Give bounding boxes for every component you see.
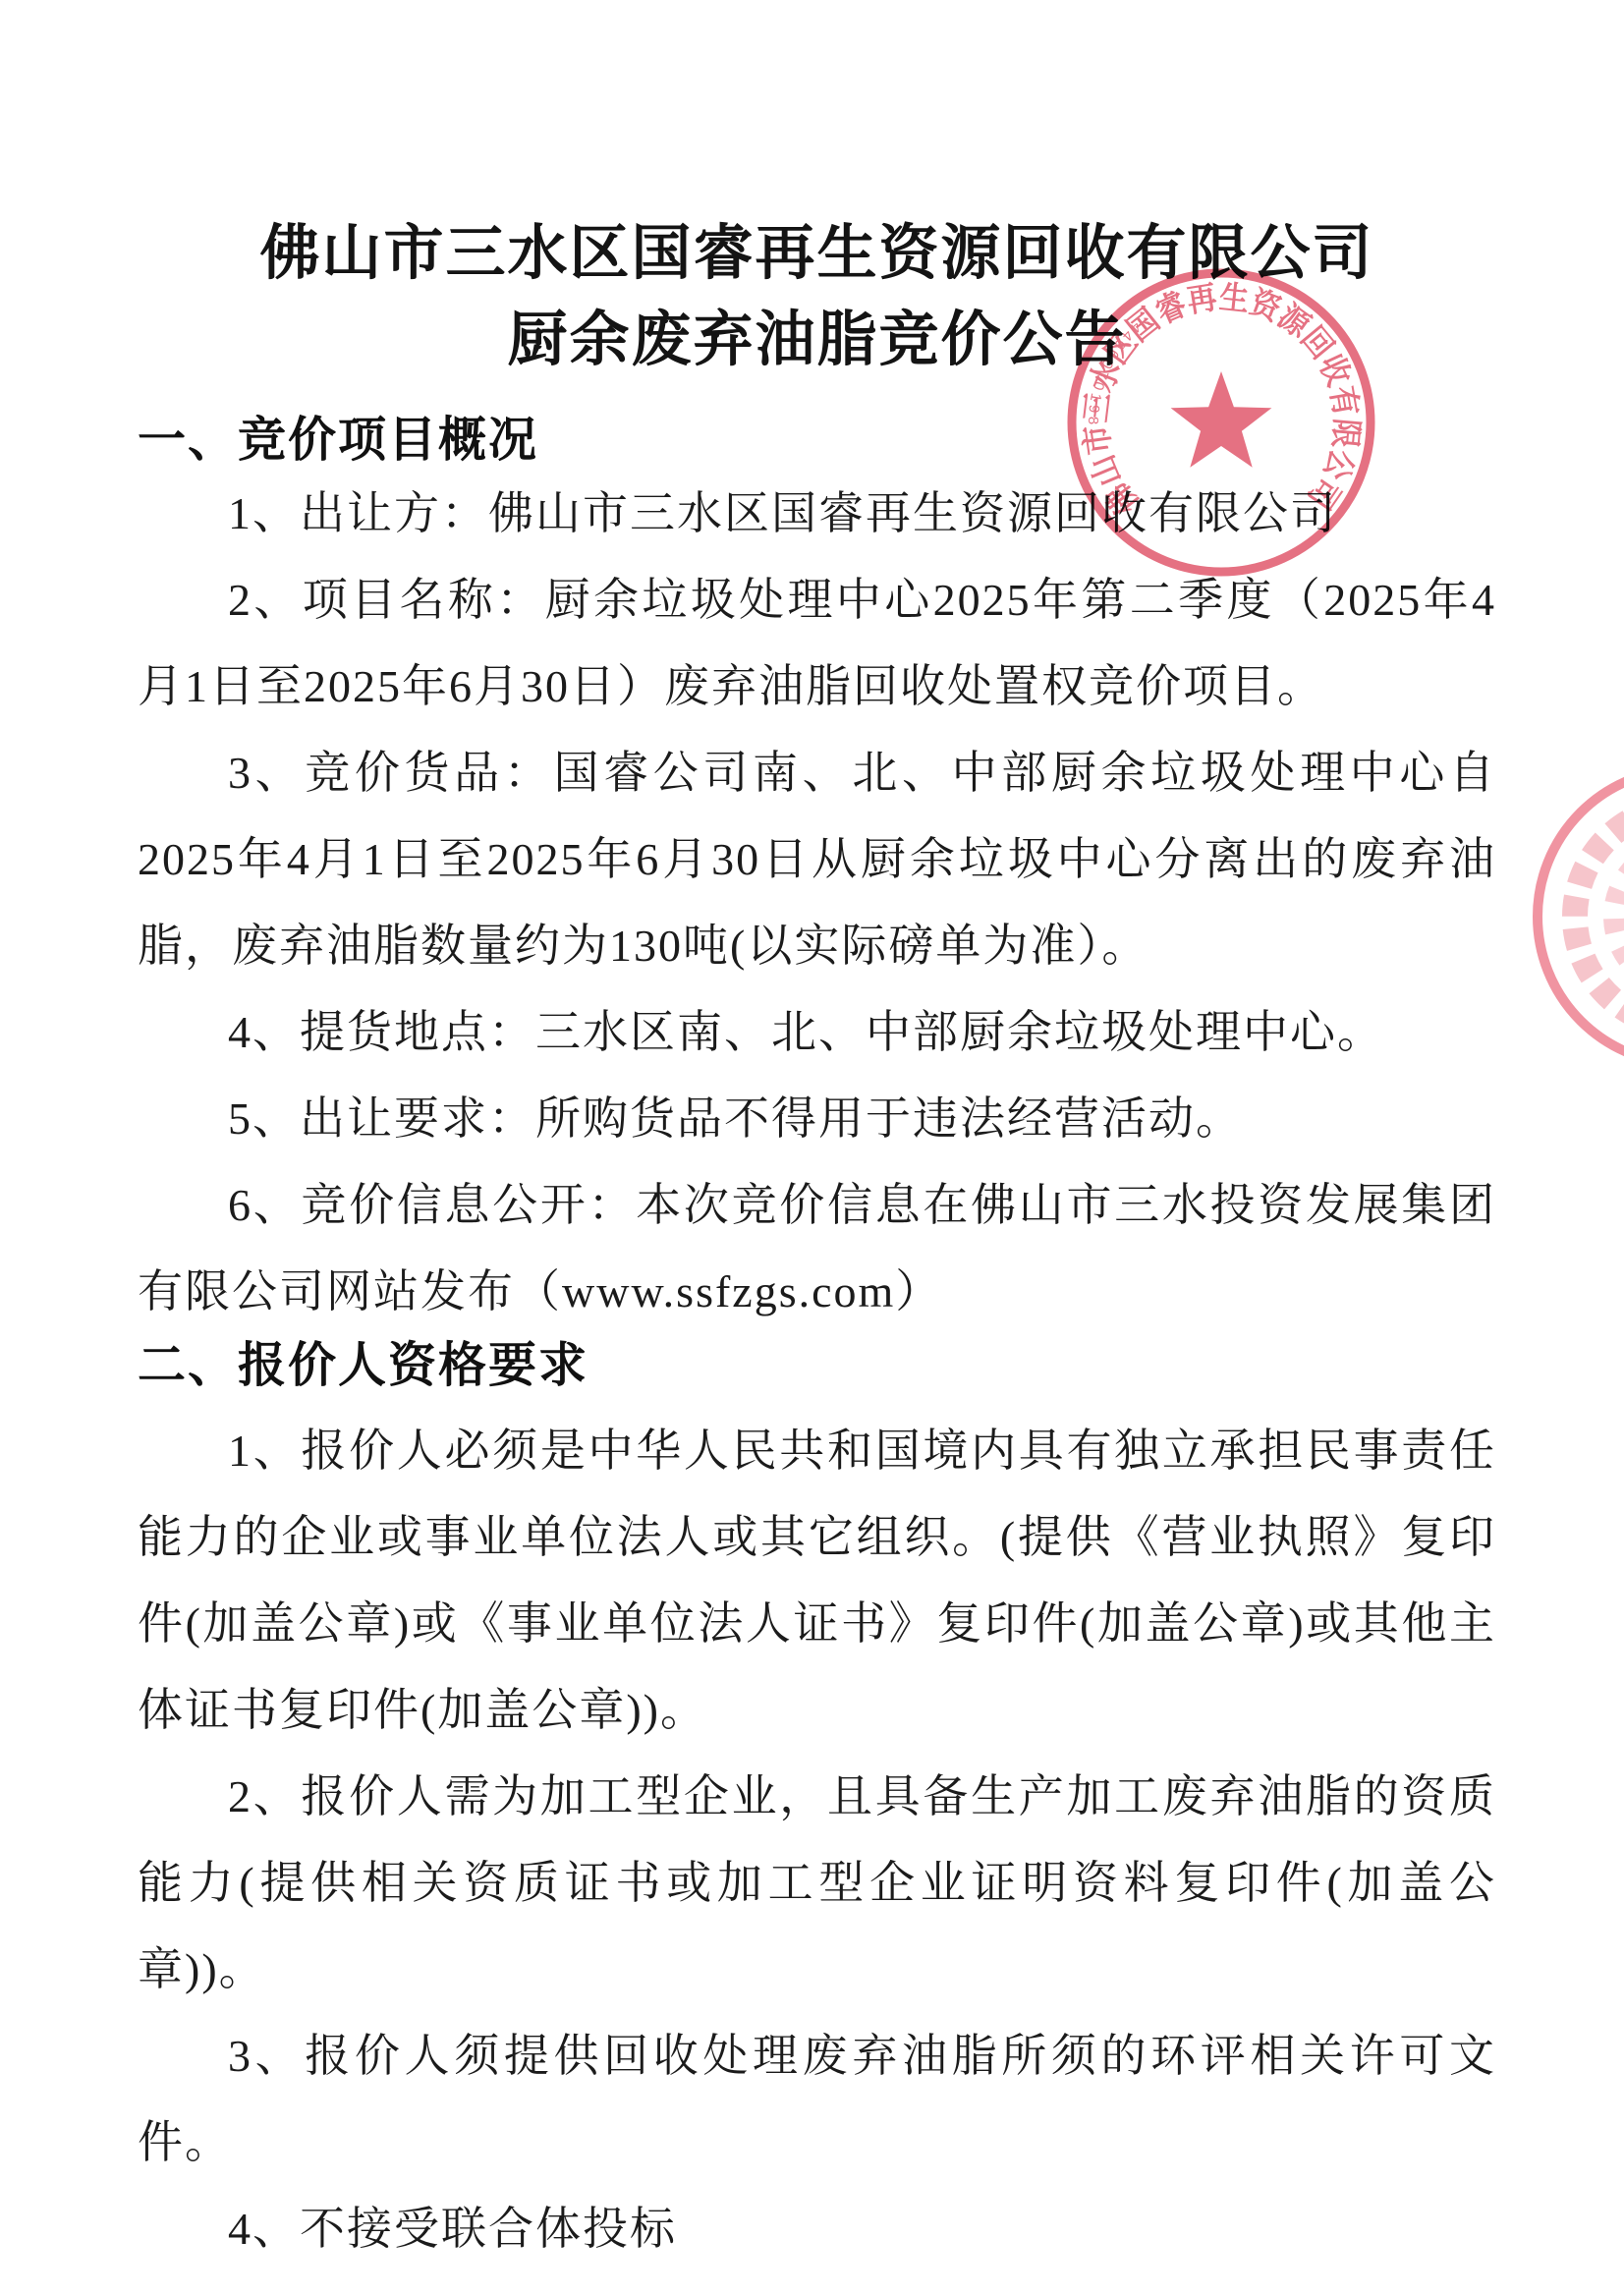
partial-seal-ring bbox=[1538, 769, 1624, 1064]
section-2-heading: 二、报价人资格要求 bbox=[138, 1335, 1496, 1396]
section-1-item-3: 3、竞价货品：国睿公司南、北、中部厨余垃圾处理中心自2025年4月1日至2025… bbox=[138, 730, 1496, 989]
partial-seal-inner-marks bbox=[1614, 846, 1624, 987]
section-2-item-4: 4、不接受联合体投标 bbox=[138, 2186, 1496, 2272]
section-1-item-5: 5、出让要求：所购货品不得用于违法经营活动。 bbox=[138, 1076, 1496, 1162]
partial-seal-stamp bbox=[1516, 759, 1624, 1084]
section-1-item-6: 6、竞价信息公开：本次竞价信息在佛山市三水投资发展集团有限公司网站发布（www.… bbox=[138, 1162, 1496, 1335]
section-2-item-1: 1、报价人必须是中华人民共和国境内具有独立承担民事责任能力的企业或事业单位法人或… bbox=[138, 1408, 1496, 1754]
section-1-item-4: 4、提货地点：三水区南、北、中部厨余垃圾处理中心。 bbox=[138, 989, 1496, 1076]
section-2-item-2: 2、报价人需为加工型企业，且具备生产加工废弃油脂的资质能力(提供相关资质证书或加… bbox=[138, 1754, 1496, 2013]
section-2-item-3: 3、报价人须提供回收处理废弃油脂所须的环评相关许可文件。 bbox=[138, 2013, 1496, 2186]
company-seal-stamp: 佛山市三水区国睿再生资源回收有限公司 4406070198 bbox=[1054, 255, 1388, 589]
seal-star-icon bbox=[1171, 371, 1272, 468]
document-page: 佛山市三水区国睿再生资源回收有限公司 厨余废弃油脂竞价公告 一、竞价项目概况 1… bbox=[0, 0, 1624, 2295]
partial-seal-inner-text-ring bbox=[1575, 807, 1624, 1027]
